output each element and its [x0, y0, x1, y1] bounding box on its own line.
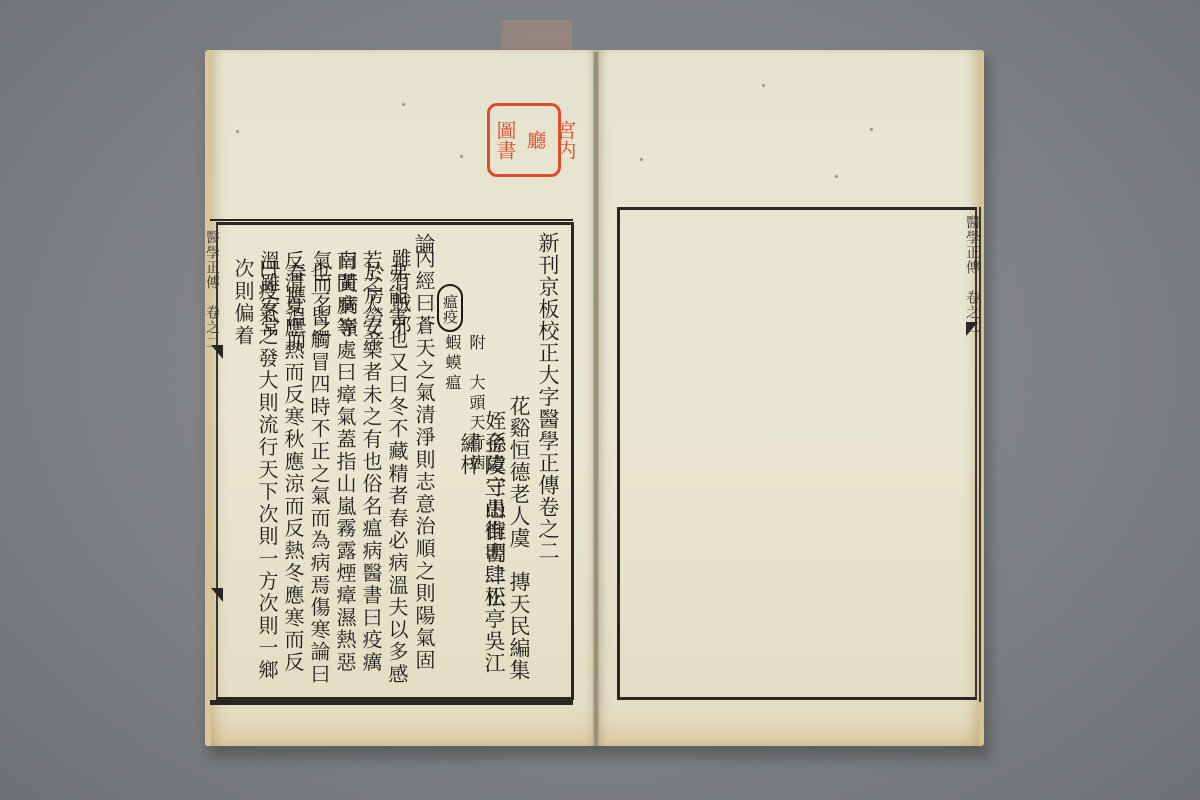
book-title: 新刊京板校正大字醫學正傳卷之二	[536, 232, 560, 612]
book-gutter	[593, 52, 599, 746]
seal-col-2: 廳	[520, 106, 550, 174]
body-column-7: 曰疫氣之發大則流行天下次則一方次則一鄉次則偏着	[231, 258, 279, 693]
author-line-1: 花谿恒德老人虞 摶天民編集	[507, 395, 531, 695]
right-margin-title: 醫學正傳 卷之二	[960, 215, 984, 415]
section-label-badge: 瘟疫	[437, 284, 463, 332]
right-blank-frame	[617, 207, 977, 700]
red-library-seal: 圖書 廳 宮内	[487, 103, 561, 177]
section-subtitle: 附 大頭天行病蝦蟆瘟	[440, 334, 488, 474]
left-margin-title: 醫學正傳 卷之二	[200, 230, 224, 400]
seal-col-1: 圖書	[490, 106, 520, 174]
seal-col-3: 宮内	[550, 106, 580, 174]
